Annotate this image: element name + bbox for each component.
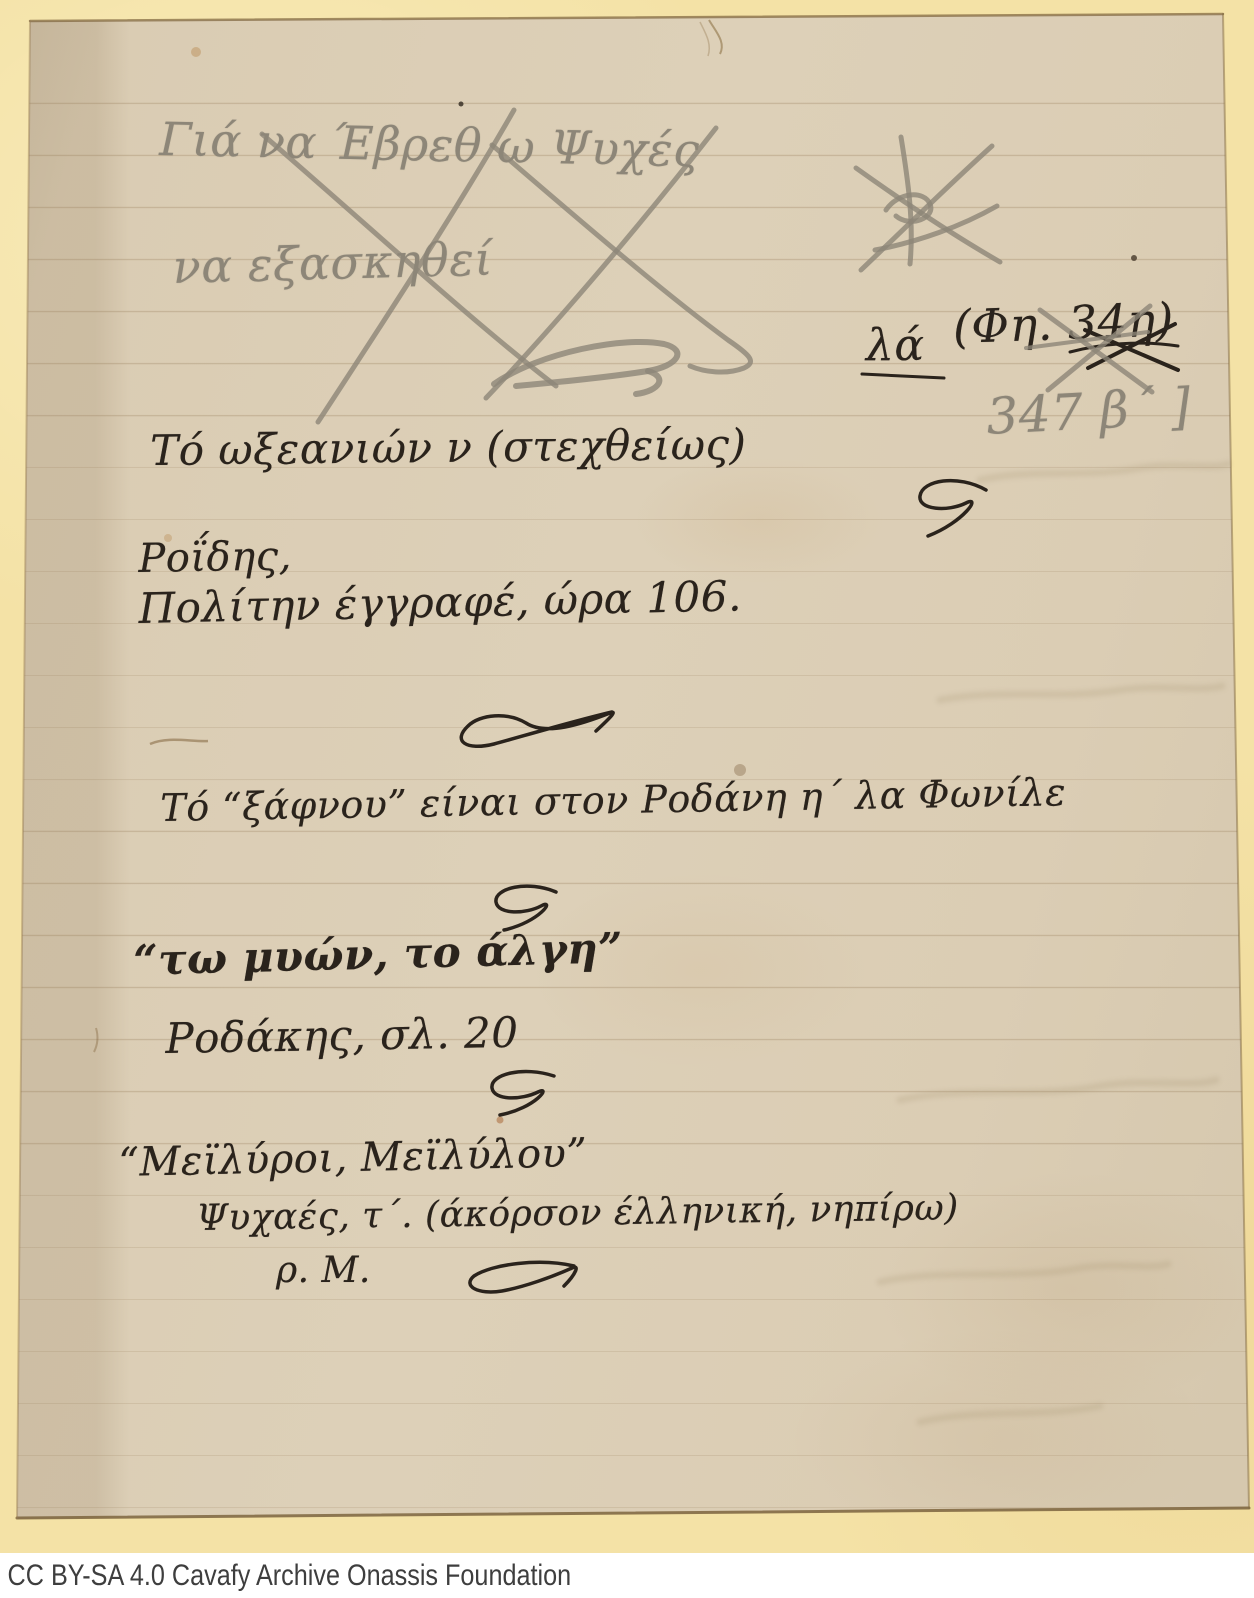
note-roidis: Ροΐδης,	[138, 533, 292, 582]
manuscript-scan: Γιά να Έβρεθ ω Ψυχές να εξασκηθεί λά (Φη…	[0, 0, 1254, 1598]
note-quote-2: “Μεϊλύροι, Μεϊλύλου”	[118, 1130, 588, 1186]
note-rodakis: Ροδάκης, σλ. 20	[165, 1008, 519, 1063]
pencil-draft-line-1: Γιά να Έβρεθ ω Ψυχές	[159, 112, 700, 177]
note-initials: ρ. Μ.	[276, 1250, 371, 1291]
folio-number-pencil: 347 β´ ]	[985, 377, 1192, 446]
pencil-draft-line-2: να εξασκηθεί	[172, 232, 494, 294]
license-bar: CC BY-SA 4.0 Cavafy Archive Onassis Foun…	[0, 1553, 1254, 1598]
series-reference: (Φη. 34η)	[952, 292, 1175, 354]
series-label: λά	[866, 320, 925, 371]
note-title-line: Τό ωξεανιών ν (στεχθείως)	[150, 420, 747, 475]
license-attribution-text: CC BY-SA 4.0 Cavafy Archive Onassis Foun…	[0, 1559, 571, 1593]
